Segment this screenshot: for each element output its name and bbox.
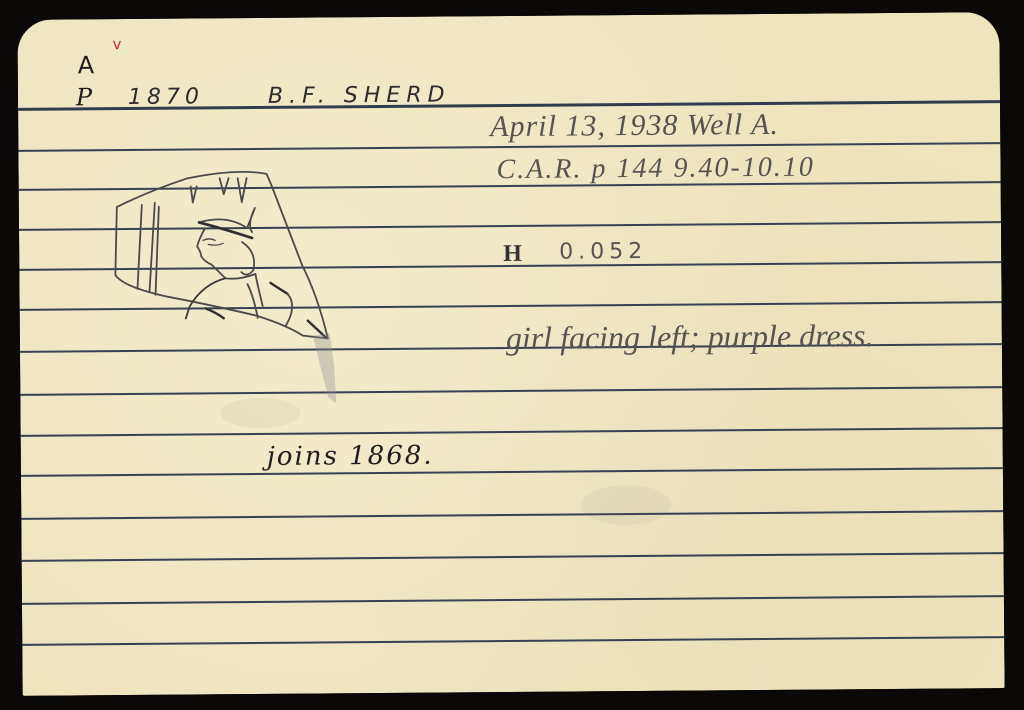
index-card: A v P 1870 B.F. SHERD April 13, 1938 Wel…	[17, 12, 1004, 696]
date-location: April 13, 1938 Well A.	[490, 110, 779, 142]
dimension-label: H	[503, 242, 522, 266]
ruled-line	[21, 467, 1003, 477]
check-mark: v	[112, 37, 121, 52]
dimension-value: 0.052	[559, 241, 647, 264]
ruled-line	[22, 636, 1004, 646]
ruled-line	[22, 552, 1004, 562]
ruled-line	[22, 595, 1004, 605]
description: girl facing left; purple dress.	[506, 319, 874, 354]
joins-note: joins 1868.	[267, 443, 434, 470]
ruled-line	[18, 142, 1000, 152]
sherd-sketch	[107, 165, 339, 407]
scan-background: A v P 1870 B.F. SHERD April 13, 1938 Wel…	[0, 0, 1024, 710]
catalog-prefix: P	[76, 85, 92, 109]
reference: C.A.R. p 144 9.40-10.10	[496, 154, 814, 184]
paper-stain	[220, 398, 300, 429]
section-letter: A	[78, 53, 95, 77]
paper-stain	[581, 485, 671, 526]
ruled-line	[21, 510, 1003, 520]
catalog-number: 1870	[128, 86, 204, 109]
object-type: B.F. SHERD	[268, 84, 451, 107]
ruled-line	[21, 427, 1003, 437]
